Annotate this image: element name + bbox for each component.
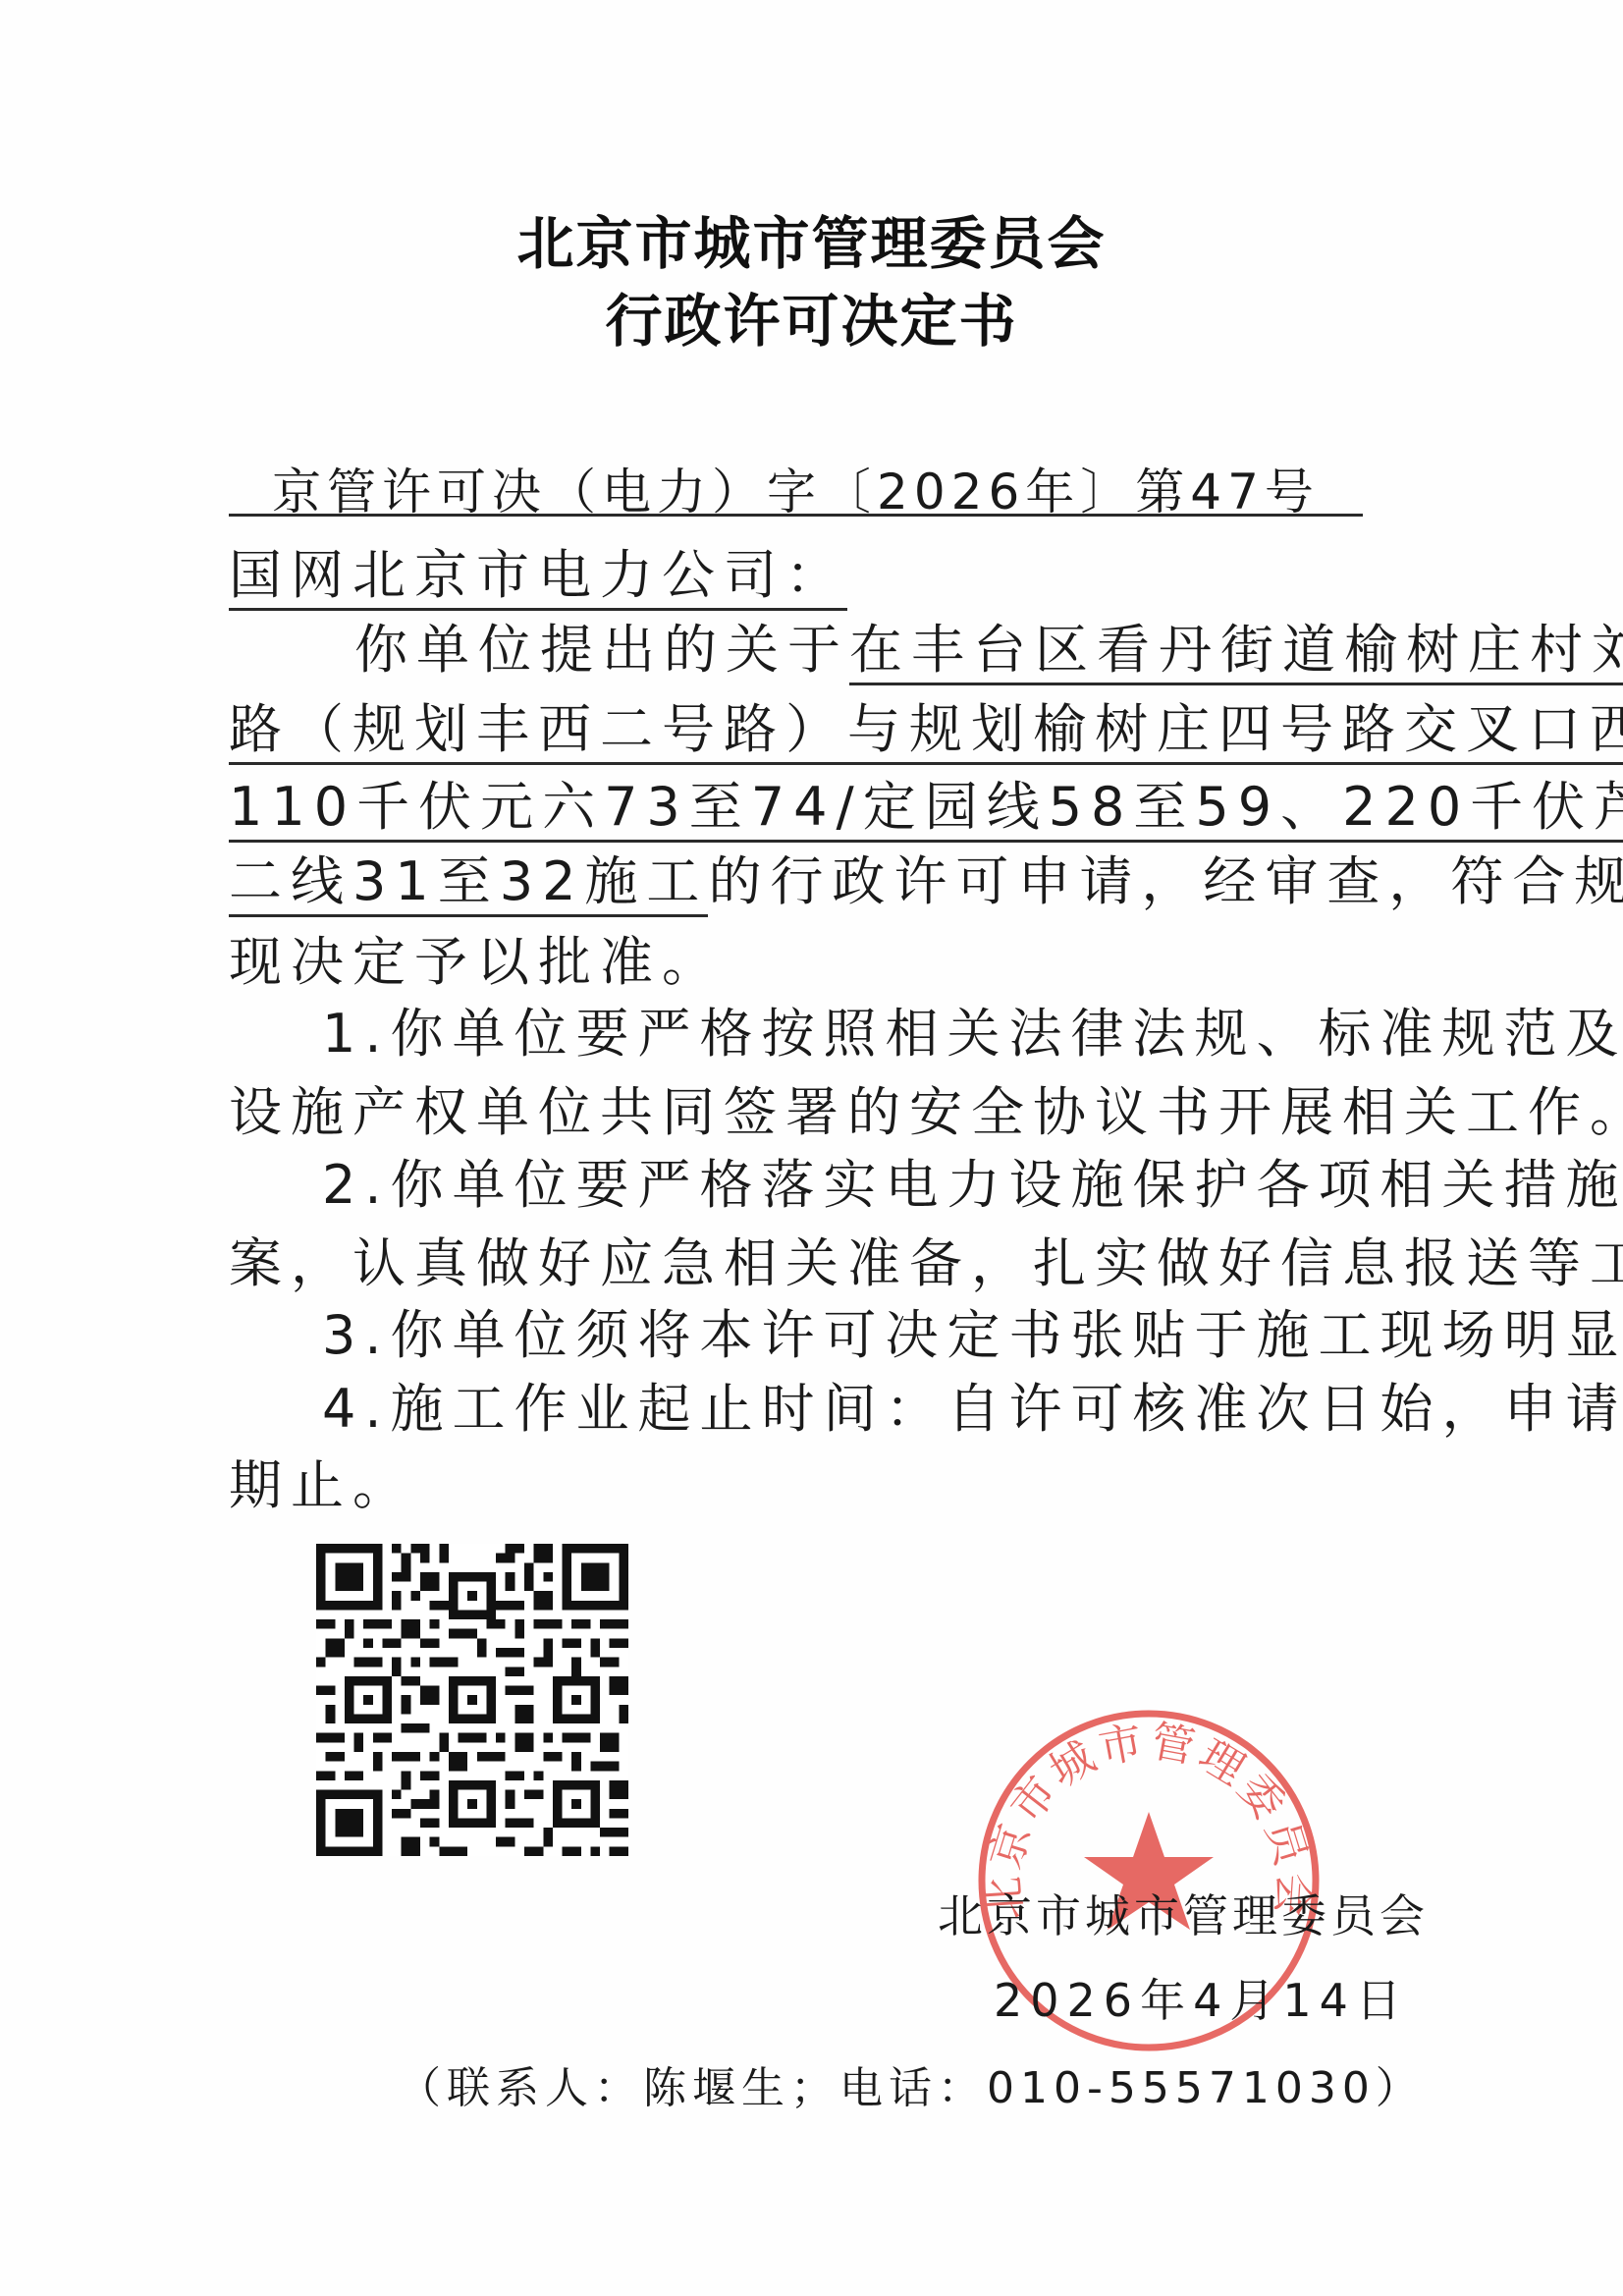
item-3-line-a: 3.你单位须将本许可决定书张贴于施工现场明显位置。 (229, 1303, 1461, 1368)
body-line-4: 二线31至32施工的行政许可申请，经审查，符合规定要求， (229, 849, 1368, 914)
title-document-type: 行政许可决定书 (0, 289, 1623, 354)
item-2-line-b: 案，认真做好应急相关准备，扎实做好信息报送等工作。 (229, 1231, 1368, 1296)
body-line-5: 现决定予以批准。 (229, 930, 1368, 995)
document-number-rule (229, 514, 1363, 517)
body-project-location-2: 路（规划丰西二号路）与规划榆树庄四号路交叉口西南角， (229, 698, 1623, 765)
item-1-line-a: 1.你单位要严格按照相关法律法规、标准规范及与电力 (229, 1002, 1461, 1066)
qr-code-icon (316, 1544, 628, 1856)
body-project-lines: 110千伏元六73至74/定园线58至59、220千伏芦张一、 (229, 776, 1623, 843)
body-line-2: 路（规划丰西二号路）与规划榆树庄四号路交叉口西南角， (229, 697, 1368, 762)
signature-date: 2026年4月14日 (994, 1974, 1409, 2027)
signature-issuer: 北京市城市管理委员会 (938, 1889, 1429, 1942)
item-4-line-a: 4.施工作业起止时间：自许可核准次日始，申请截止日 (229, 1377, 1461, 1442)
contact-info: （联系人：陈堰生；电话：010-55571030） (398, 2062, 1425, 2115)
item-4-line-b: 期止。 (229, 1453, 1368, 1518)
body-line-3: 110千伏元六73至74/定园线58至59、220千伏芦张一、 (229, 775, 1368, 840)
document-number: 京管许可决（电力）字〔2026年〕第47号 (229, 467, 1363, 517)
body-project-location-1: 在丰台区看丹街道榆树庄村刘庄子 (849, 619, 1623, 685)
item-1-line-b: 设施产权单位共同签署的安全协议书开展相关工作。 (229, 1080, 1368, 1145)
body-intro: 你单位提出的关于 (354, 619, 849, 681)
item-2-line-a: 2.你单位要严格落实电力设施保护各项相关措施、预 (229, 1153, 1461, 1218)
body-line-1: 你单位提出的关于在丰台区看丹街道榆树庄村刘庄子 (229, 618, 1368, 683)
body-project-lines-2: 二线31至32施工 (229, 850, 708, 917)
document-page: 北京市城市管理委员会 行政许可决定书 京管许可决（电力）字〔2026年〕第47号… (0, 0, 1623, 2296)
addressee-text: 国网北京市电力公司： (229, 544, 847, 611)
body-review: 的行政许可申请，经审查，符合规定要求， (708, 850, 1623, 912)
title-issuer: 北京市城市管理委员会 (0, 211, 1623, 276)
body-decision: 现决定予以批准。 (229, 931, 724, 993)
addressee: 国网北京市电力公司： (229, 543, 1368, 608)
